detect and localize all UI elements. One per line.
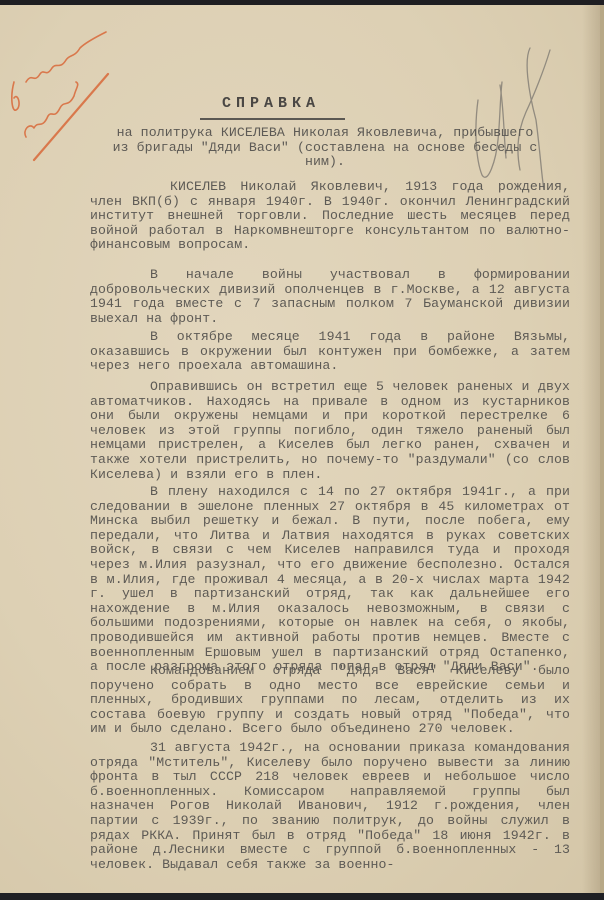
paragraph-3: В октябре месяце 1941 года в районе Вязь… [90, 330, 570, 374]
page-title: СПРАВКА [222, 97, 320, 112]
paragraph-5: В плену находился с 14 по 27 октября 194… [90, 485, 570, 675]
paragraph-6: Командованием отряда "Дядя Вася" Киселев… [90, 664, 570, 737]
document-subtitle: на политрука КИСЕЛЕВА Николая Яковлевича… [110, 126, 540, 170]
page-edge-shadow [582, 5, 600, 894]
paragraph-1: КИСЕЛЕВ Николай Яковлевич, 1913 года рож… [90, 180, 570, 253]
paragraph-7: 31 августа 1942г., на основании приказа … [90, 741, 570, 872]
paragraph-2: В начале войны участвовал в формировании… [90, 268, 570, 326]
title-underline [200, 118, 345, 120]
paragraph-4: Оправившись он встретил еще 5 человек ра… [90, 380, 570, 482]
scan-bottom-border [0, 893, 604, 900]
red-pencil-annotation [4, 12, 116, 162]
